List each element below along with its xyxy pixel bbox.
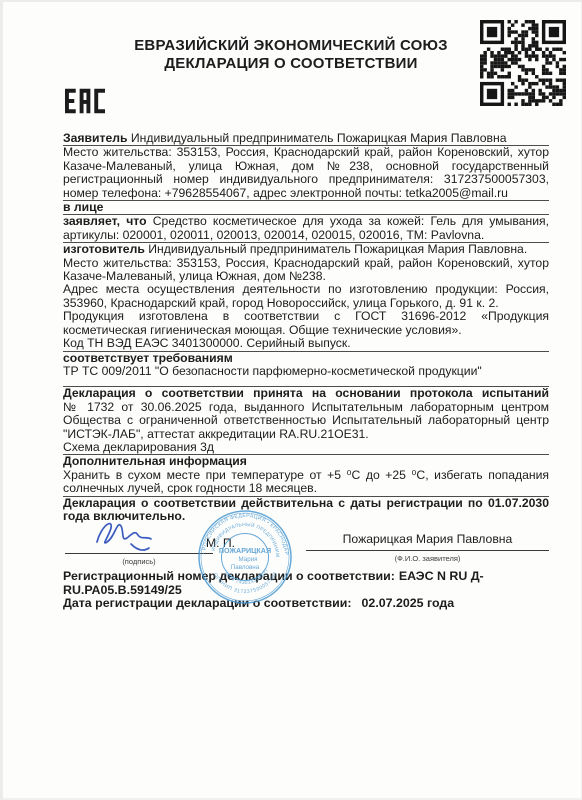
declares-label: заявляет, что	[63, 214, 147, 228]
production-address: Адрес места осуществления деятельности п…	[63, 283, 549, 310]
applicant-label: Заявитель	[63, 131, 128, 145]
signature-row: (подпись) М. П. Пожарицкая Мария Павловн…	[63, 526, 549, 570]
declaration-scheme: Схема декларирования 3д	[63, 441, 549, 455]
basis-text: № 1732 от 30.06.2025 года, выданного Исп…	[63, 401, 549, 441]
additional-info-text: Хранить в сухом месте при температуре от…	[63, 469, 549, 497]
additional-info-label: Дополнительная информация	[63, 455, 549, 468]
signature-caption: (подпись)	[122, 557, 155, 566]
fio-caption: (Ф.И.О. заявителя)	[306, 551, 549, 565]
tn-ved-code: Код ТН ВЭД ЕАЭС 3401300000. Серийный вып…	[63, 337, 549, 351]
eac-mark-logo	[65, 76, 105, 131]
manufacturer-address: Место жительства: 353153, Россия, Красно…	[63, 257, 549, 284]
in-person-label: в лице	[63, 201, 549, 215]
registration-date-value: 02.07.2025 года	[362, 596, 455, 610]
applicant-name: Индивидуальный предприниматель Пожарицка…	[131, 131, 507, 145]
basis-section: Декларация о соответствии принята на осн…	[63, 386, 549, 441]
applicant-fio: Пожарицкая Мария Павловна	[306, 533, 549, 550]
applicant-fio-block: Пожарицкая Мария Павловна (Ф.И.О. заявит…	[306, 533, 549, 565]
applicant-details: Место жительства: 353153, Россия, Красно…	[63, 146, 549, 201]
conforms-label: соответствует требованиям	[63, 352, 549, 365]
gost-statement: Продукция изготовлена в соответствии с Г…	[63, 310, 549, 337]
signature-line: (подпись)	[65, 553, 213, 568]
manufacturer-label: изготовитель	[63, 242, 145, 256]
declaration-document: ЕВРАЗИЙСКИЙ ЭКОНОМИЧЕСКИЙ СОЮЗ ДЕКЛАРАЦИ…	[0, 0, 582, 800]
registration-number-line: Регистрационный номер декларации о соотв…	[63, 570, 549, 597]
stamp-center-patronymic: Павловна	[231, 564, 260, 571]
document-body: Заявитель Индивидуальный предприниматель…	[63, 132, 549, 611]
manufacturer-name: Индивидуальный предприниматель Пожарицка…	[148, 242, 527, 256]
applicant-line: Заявитель Индивидуальный предприниматель…	[63, 132, 549, 146]
tr-ts-regulation: ТР ТС 009/2011 "О безопасности парфюмерн…	[63, 365, 549, 378]
stamp-center-firstname: Мария	[239, 556, 258, 563]
basis-label: Декларация о соответствии принята на осн…	[63, 387, 549, 400]
declared-product: заявляет, что Средство косметическое для…	[63, 215, 549, 243]
registration-date-line: Дата регистрации декларации о соответств…	[63, 597, 549, 610]
stamp-center-surname: ПОЖАРИЦКАЯ	[219, 546, 271, 555]
entrepreneur-stamp: • РОССИЙСКАЯ ФЕДЕРАЦИЯ • КРАСНОДАРСКИЙ К…	[196, 508, 294, 611]
qr-code-icon	[480, 20, 566, 111]
manufacturer-line: изготовитель Индивидуальный предпринимат…	[63, 243, 549, 256]
